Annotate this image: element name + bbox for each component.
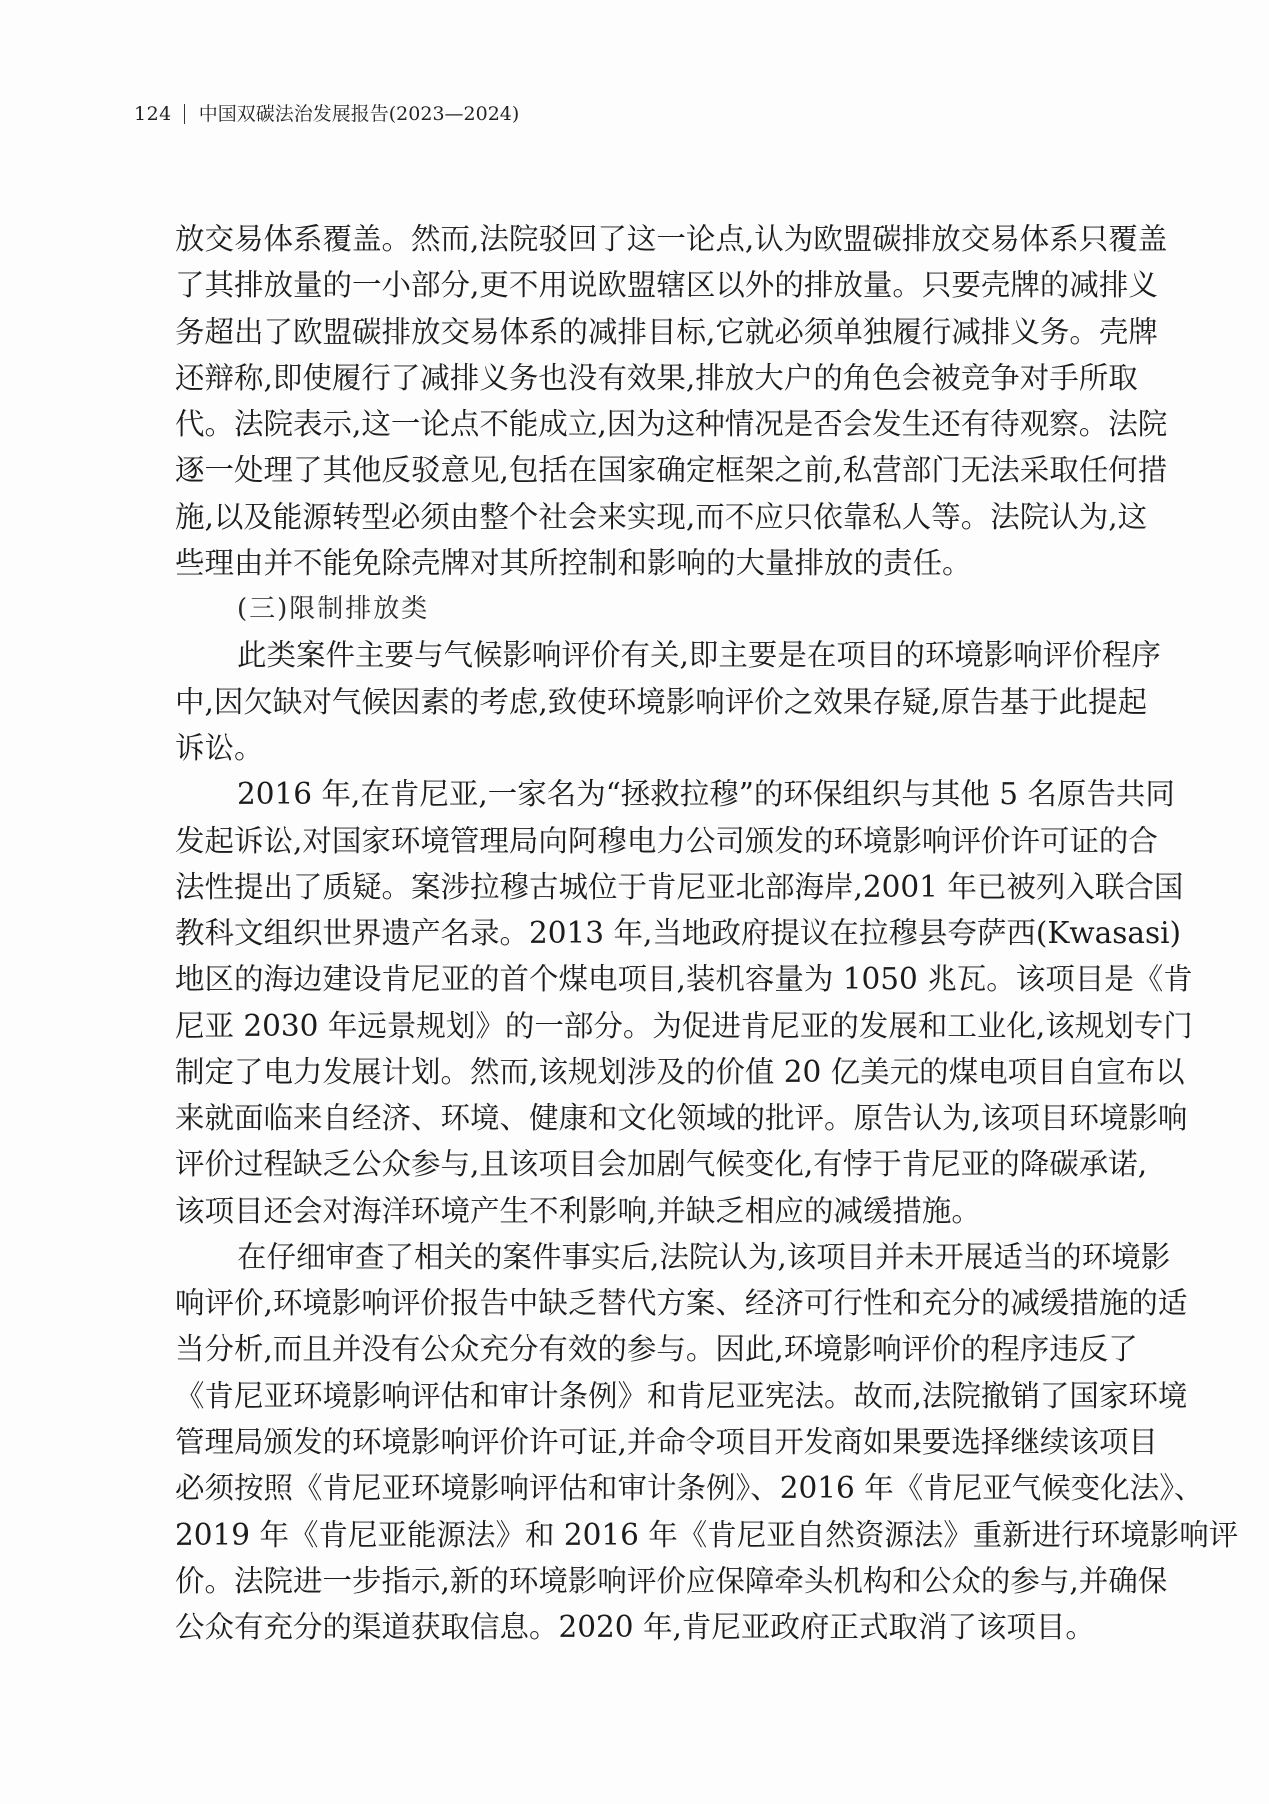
text-line: 管理局颁发的环境影响评价许可证,并命令项目开发商如果要选择继续该项目 xyxy=(175,1419,1092,1465)
text-line: 必须按照《肯尼亚环境影响评估和审计条例》、2016 年《肯尼亚气候变化法》、 xyxy=(175,1465,1092,1511)
text-line: 价。法院进一步指示,新的环境影响评价应保障牵头机构和公众的参与,并确保 xyxy=(175,1558,1092,1604)
text-line: 教科文组织世界遗产名录。2013 年,当地政府提议在拉穆县夸萨西(Kwasasi… xyxy=(175,910,1092,956)
text-line: 务超出了欧盟碳排放交易体系的减排目标,它就必须单独履行减排义务。壳牌 xyxy=(175,309,1092,355)
text-line: 诉讼。 xyxy=(175,725,1092,771)
text-line: 逐一处理了其他反驳意见,包括在国家确定框架之前,私营部门无法采取任何措 xyxy=(175,447,1092,493)
running-header: 124 中国双碳法治发展报告(2023—2024) xyxy=(134,100,519,128)
text-line: 2016 年,在肯尼亚,一家名为“拯救拉穆”的环保组织与其他 5 名原告共同 xyxy=(237,771,1092,817)
text-line: 当分析,而且并没有公众充分有效的参与。因此,环境影响评价的程序违反了 xyxy=(175,1326,1092,1372)
text-line: 法性提出了质疑。案涉拉穆古城位于肯尼亚北部海岸,2001 年已被列入联合国 xyxy=(175,864,1092,910)
text-line: 地区的海边建设肯尼亚的首个煤电项目,装机容量为 1050 兆瓦。该项目是《肯 xyxy=(175,956,1092,1002)
page-number: 124 xyxy=(134,100,172,128)
text-line: 响评价,环境影响评价报告中缺乏替代方案、经济可行性和充分的减缓措施的适 xyxy=(175,1280,1092,1326)
text-line: 在仔细审查了相关的案件事实后,法院认为,该项目并未开展适当的环境影 xyxy=(237,1234,1092,1280)
text-line: 些理由并不能免除壳牌对其所控制和影响的大量排放的责任。 xyxy=(175,540,1092,586)
section-heading: (三)限制排放类 xyxy=(237,586,429,632)
text-line: 发起诉讼,对国家环境管理局向阿穆电力公司颁发的环境影响评价许可证的合 xyxy=(175,818,1092,864)
text-line: 还辩称,即使履行了减排义务也没有效果,排放大户的角色会被竞争对手所取 xyxy=(175,355,1092,401)
text-line: 《肯尼亚环境影响评估和审计条例》和肯尼亚宪法。故而,法院撤销了国家环境 xyxy=(175,1373,1092,1419)
text-line: 尼亚 2030 年远景规划》的一部分。为促进肯尼亚的发展和工业化,该规划专门 xyxy=(175,1003,1092,1049)
text-line: 该项目还会对海洋环境产生不利影响,并缺乏相应的减缓措施。 xyxy=(175,1188,1092,1234)
text-line: 施,以及能源转型必须由整个社会来实现,而不应只依靠私人等。法院认为,这 xyxy=(175,494,1092,540)
header-divider xyxy=(184,104,185,124)
book-title: 中国双碳法治发展报告(2023—2024) xyxy=(199,100,520,128)
book-page: 124 中国双碳法治发展报告(2023—2024) 放交易体系覆盖。然而,法院驳… xyxy=(0,0,1269,1804)
text-line: 2019 年《肯尼亚能源法》和 2016 年《肯尼亚自然资源法》重新进行环境影响… xyxy=(175,1512,1092,1558)
text-line: 代。法院表示,这一论点不能成立,因为这种情况是否会发生还有待观察。法院 xyxy=(175,401,1092,447)
text-line: 制定了电力发展计划。然而,该规划涉及的价值 20 亿美元的煤电项目自宣布以 xyxy=(175,1049,1092,1095)
text-line: 来就面临来自经济、环境、健康和文化领域的批评。原告认为,该项目环境影响 xyxy=(175,1095,1092,1141)
text-line: 中,因欠缺对气候因素的考虑,致使环境影响评价之效果存疑,原告基于此提起 xyxy=(175,679,1092,725)
text-line: 公众有充分的渠道获取信息。2020 年,肯尼亚政府正式取消了该项目。 xyxy=(175,1604,1092,1650)
text-line: 放交易体系覆盖。然而,法院驳回了这一论点,认为欧盟碳排放交易体系只覆盖 xyxy=(175,216,1092,262)
text-line: 此类案件主要与气候影响评价有关,即主要是在项目的环境影响评价程序 xyxy=(237,632,1092,678)
text-line: 评价过程缺乏公众参与,且该项目会加剧气候变化,有悖于肯尼亚的降碳承诺, xyxy=(175,1141,1092,1187)
text-line: 了其排放量的一小部分,更不用说欧盟辖区以外的排放量。只要壳牌的减排义 xyxy=(175,262,1092,308)
